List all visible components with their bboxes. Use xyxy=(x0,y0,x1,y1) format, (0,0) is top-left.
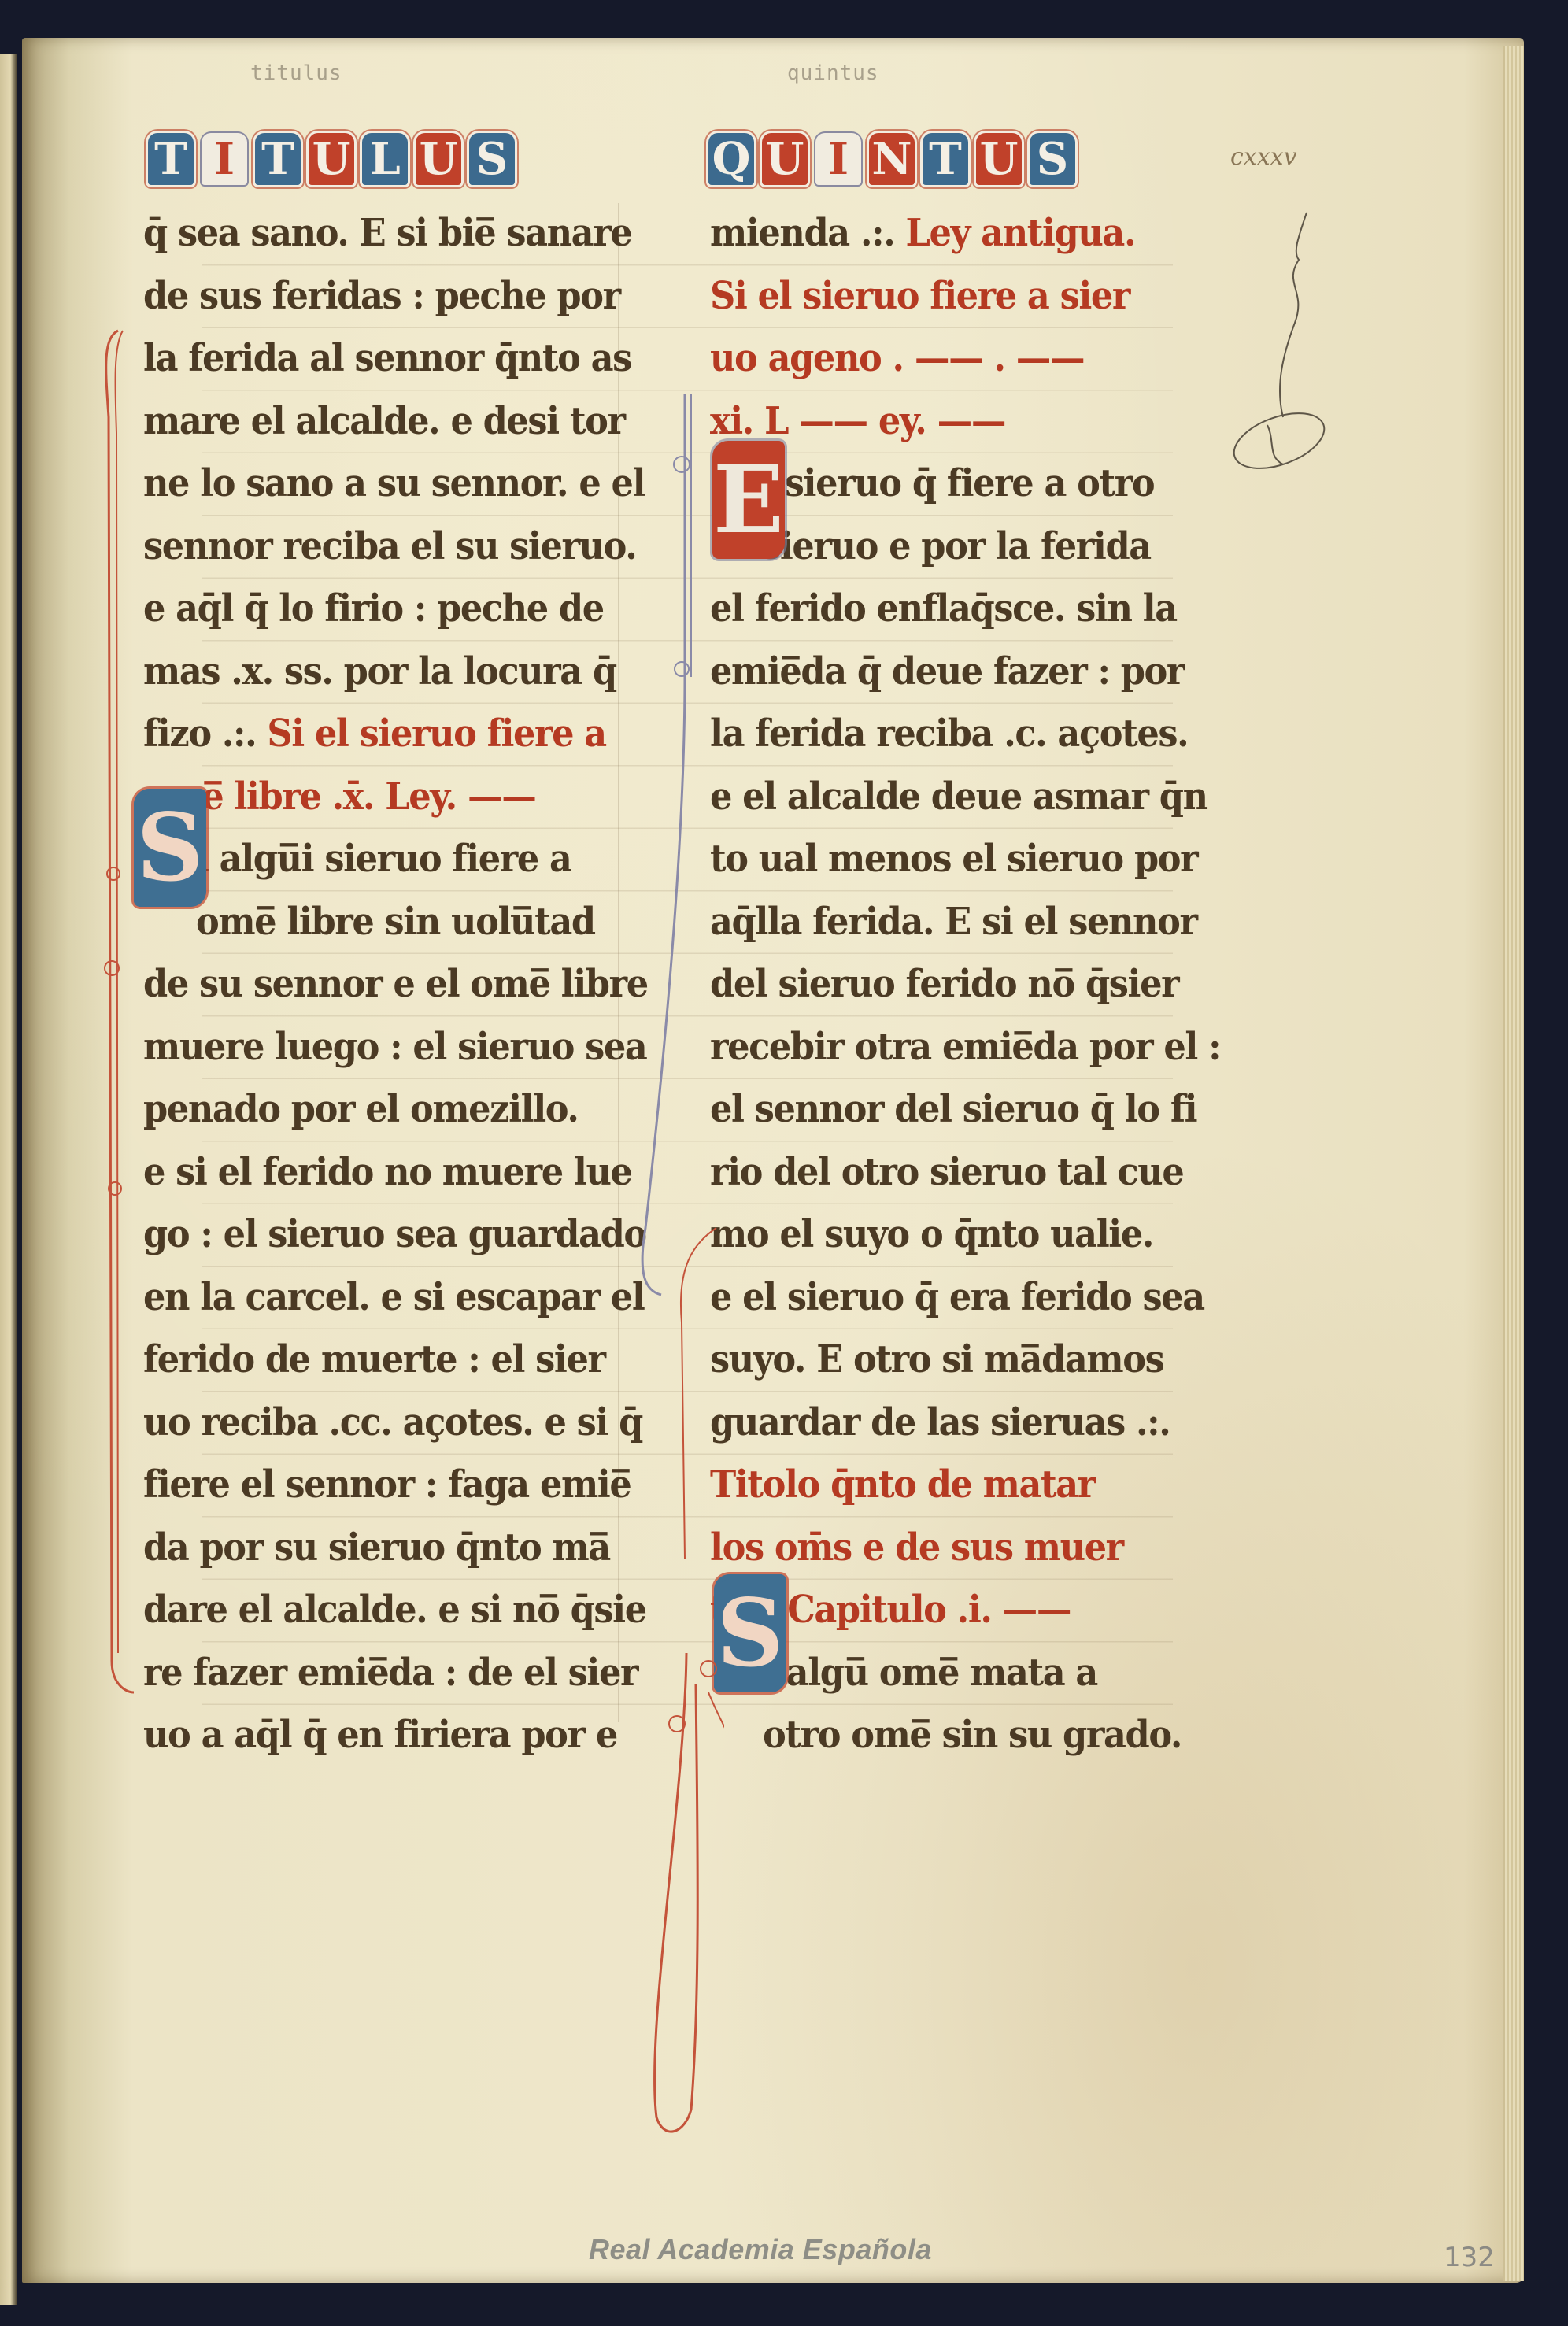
rubric-line: Si el sieruo fiere a sier xyxy=(710,265,1164,328)
rubric-line: ome̅ libre .x̄. Ley. —— xyxy=(143,766,568,829)
penwork-flourish-left xyxy=(94,323,142,1700)
text-line: de su sennor e el ome̅ libre xyxy=(143,953,568,1016)
text-line: rio del otro sieruo tal cue xyxy=(710,1141,1164,1204)
text-line: e el sieruo q̄ era ferido sea xyxy=(710,1267,1164,1329)
rubric-line: los om̄s e de sus muer xyxy=(710,1517,1164,1580)
heading-letter: U xyxy=(309,133,354,185)
text-line: to ual menos el sieruo por xyxy=(710,828,1164,891)
text-line: muere luego : el sieruo sea xyxy=(143,1016,568,1079)
heading-letter: T xyxy=(923,133,968,185)
rubric-fragment: Si el sieruo fiere a xyxy=(267,712,605,756)
text-fragment: i algu̅i sieruo fiere a xyxy=(196,837,571,881)
text-line: dare el alcalde. e si no̅ q̄sie xyxy=(143,1579,568,1642)
text-line: en la carcel. e si escapar el xyxy=(143,1267,568,1329)
watermark-real-academia: Real Academia Española xyxy=(589,2233,932,2266)
text-line-mixed: fizo .:. Si el sieruo fiere a xyxy=(143,703,568,766)
decorated-initial-s-right: S xyxy=(714,1574,786,1692)
heading-titulus: T I T U L U S xyxy=(148,122,515,185)
text-line: la ferida reciba .c. açotes. xyxy=(710,703,1164,766)
heading-letter: U xyxy=(416,133,461,185)
text-line: q̄ sea sano. E si bie̅ sanare xyxy=(143,202,568,265)
text-line: aq̄lla ferida. E si el sennor xyxy=(710,891,1164,954)
text-fragment: mienda .:. xyxy=(710,211,905,255)
heading-letter: S xyxy=(469,133,515,185)
heading-letter: L xyxy=(362,133,408,185)
text-line: el ferido enflaq̄sce. sin la xyxy=(710,578,1164,641)
right-column: mienda .:. Ley antigua. Si el sieruo fie… xyxy=(710,202,1198,1767)
rubric-line: Titolo q̄nto de matar xyxy=(710,1454,1164,1517)
text-line: fiere el sennor : faga emie̅ xyxy=(143,1454,568,1517)
rubric-line: uo ageno . —— . —— xyxy=(710,327,1164,390)
text-line: e aq̄l q̄ lo firio : peche de xyxy=(143,578,568,641)
text-line: otro ome̅ sin su grado. xyxy=(710,1704,1164,1767)
text-line: ferido de muerte : el sier xyxy=(143,1329,568,1392)
text-line: go : el sieruo sea guardado xyxy=(143,1204,568,1267)
text-line: e el alcalde deue asmar q̄n xyxy=(710,766,1164,829)
text-fragment: sieruo e por la ferida xyxy=(761,524,1151,568)
heading-letter: S xyxy=(1030,133,1075,185)
text-line: penado por el omezillo. xyxy=(143,1078,568,1141)
text-line: del sieruo ferido no̅ q̄sier xyxy=(710,953,1164,1016)
text-line: mas .x. ss. por la locura q̄ xyxy=(143,641,568,704)
pencil-running-title-left: titulus xyxy=(250,61,342,85)
previous-leaf-edge xyxy=(0,54,17,2305)
text-line: sennor reciba el su sieruo. xyxy=(143,516,568,579)
text-line: recebir otra emie̅da por el : xyxy=(710,1016,1164,1079)
text-fragment: l sieruo q̄ fiere a otro xyxy=(761,461,1154,505)
text-fragment: ome̅ libre sin uolu̅tad xyxy=(196,900,595,944)
heading-letter: Q xyxy=(708,133,754,185)
heading-letter: U xyxy=(976,133,1022,185)
text-line: la ferida al sennor q̄nto as xyxy=(143,327,568,390)
text-line: uo reciba .cc. açotes. e si q̄ xyxy=(143,1392,568,1455)
text-line: ne lo sano a su sennor. e el xyxy=(143,453,568,516)
heading-letter: I xyxy=(202,133,247,185)
text-line: i algu̅i sieruo fiere a xyxy=(143,828,568,891)
penwork-flourish-right xyxy=(630,378,724,2141)
decorated-initial-s-left: S xyxy=(134,789,206,907)
text-line: e si el ferido no muere lue xyxy=(143,1141,568,1204)
text-line: suyo. E otro si ma̅damos xyxy=(710,1329,1164,1392)
folio-number: 132 xyxy=(1444,2242,1495,2273)
left-column: q̄ sea sano. E si bie̅ sanare de sus fer… xyxy=(143,202,600,1767)
text-fragment: fizo .:. xyxy=(143,712,267,756)
rubric-fragment: Ley antigua. xyxy=(905,211,1135,255)
heading-letter: U xyxy=(762,133,808,185)
text-line: mo el suyo o q̄nto ualie. xyxy=(710,1204,1164,1267)
text-fragment: i algu̅ ome̅ mata a xyxy=(763,1651,1097,1695)
page-edge xyxy=(1503,46,1524,2281)
margin-mark-top-right: cxxxv xyxy=(1230,143,1297,171)
text-line: el sennor del sieruo q̄ lo fi xyxy=(710,1078,1164,1141)
heading-letter: N xyxy=(869,133,915,185)
text-line: re fazer emie̅da : de el sier xyxy=(143,1642,568,1705)
text-line: de sus feridas : peche por xyxy=(143,265,568,328)
text-line: uo a aq̄l q̄ en firiera por e xyxy=(143,1704,568,1767)
text-line: mare el alcalde. e desi tor xyxy=(143,390,568,453)
text-line: da por su sieruo q̄nto ma̅ xyxy=(143,1517,568,1580)
text-line-mixed: mienda .:. Ley antigua. xyxy=(710,202,1164,265)
heading-letter: I xyxy=(815,133,861,185)
heading-quintus: Q U I N T U S xyxy=(708,122,1075,185)
text-line: guardar de las sieruas .:. xyxy=(710,1392,1164,1455)
heading-letter: T xyxy=(255,133,301,185)
text-line: ome̅ libre sin uolu̅tad xyxy=(143,891,568,954)
text-line: emie̅da q̄ deue fazer : por xyxy=(710,641,1164,704)
heading-letter: T xyxy=(148,133,194,185)
pencil-running-title-right: quintus xyxy=(787,61,879,85)
pen-scribble-icon xyxy=(1220,205,1338,472)
text-fragment: otro ome̅ sin su grado. xyxy=(763,1713,1182,1757)
